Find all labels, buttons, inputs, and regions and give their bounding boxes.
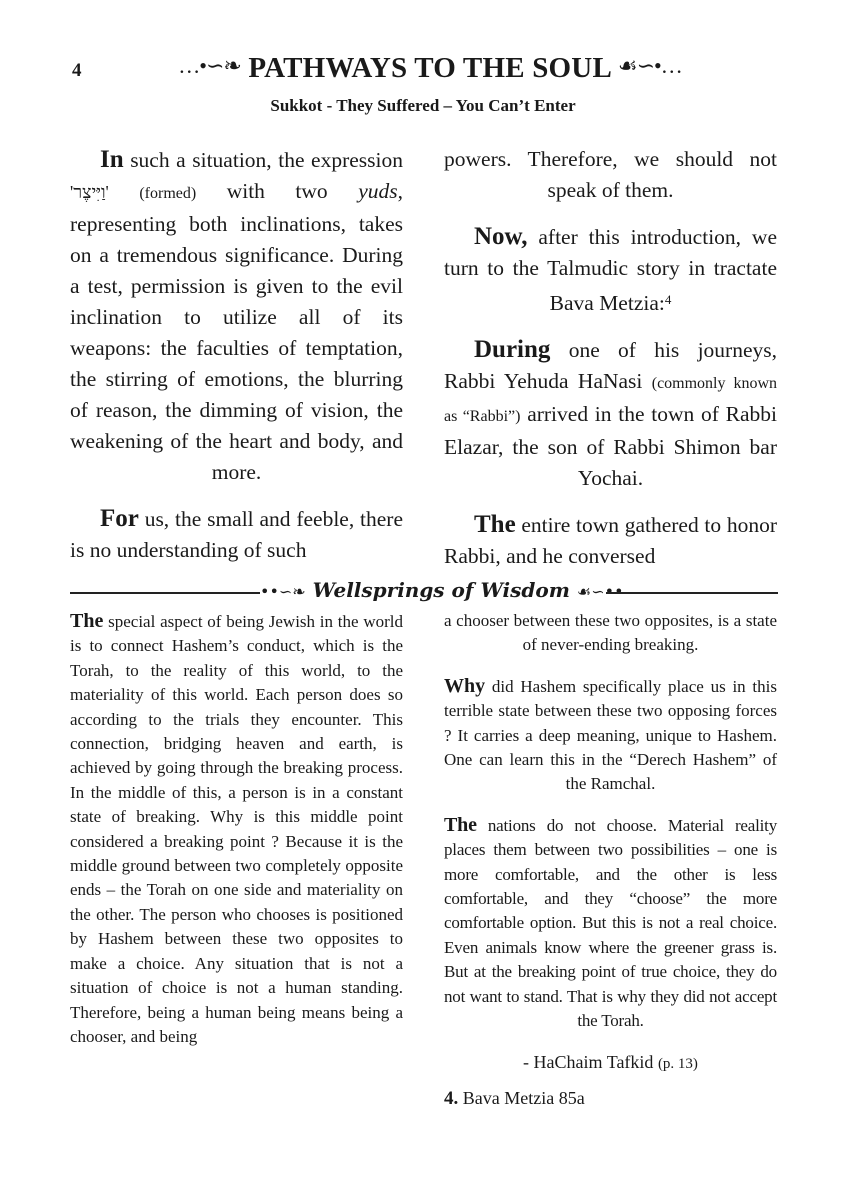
paragraph: The entire town gathered to honor Rabbi,… bbox=[444, 509, 777, 572]
sidebar-title: ••∽❧ Wellsprings of Wisdom ☙∽•• bbox=[260, 578, 606, 602]
main-column-right: powers. Therefore, we should not speak o… bbox=[444, 144, 777, 587]
text: nations do not choose. Material reality … bbox=[444, 816, 777, 1030]
lead-word: Why bbox=[444, 675, 485, 697]
paragraph-continued: powers. Therefore, we should not speak o… bbox=[444, 144, 777, 206]
attribution-page: (p. 13) bbox=[658, 1056, 698, 1072]
hebrew-word: 'וַיִּיצֶר' bbox=[70, 182, 109, 202]
section-divider: ••∽❧ Wellsprings of Wisdom ☙∽•• bbox=[70, 580, 778, 606]
attribution-source: - HaChaim Tafkid bbox=[523, 1052, 653, 1072]
paragraph: For us, the small and feeble, there is n… bbox=[70, 503, 403, 566]
footnote-ref[interactable]: 4 bbox=[665, 292, 672, 307]
lead-word: The bbox=[70, 610, 103, 632]
text: did Hashem specifically place us in this… bbox=[444, 677, 777, 794]
lead-word: The bbox=[474, 511, 516, 538]
attribution: - HaChaim Tafkid (p. 13) bbox=[444, 1050, 777, 1076]
chapter-subtitle: Sukkot - They Suffered – You Can’t Enter bbox=[0, 96, 846, 116]
translation: (formed) bbox=[139, 185, 196, 202]
text: with two bbox=[196, 179, 358, 203]
sidebar-paragraph: The special aspect of being Jewish in th… bbox=[70, 609, 403, 1049]
text bbox=[109, 179, 140, 203]
lead-word: In bbox=[100, 146, 124, 173]
divider-line-left bbox=[70, 592, 260, 594]
paragraph: Now, after this introduction, we turn to… bbox=[444, 221, 777, 319]
lead-word: During bbox=[474, 336, 550, 363]
paragraph: During one of his journeys, Rabbi Yehuda… bbox=[444, 334, 777, 494]
lead-word: For bbox=[100, 505, 139, 532]
text: special aspect of being Jewish in the wo… bbox=[70, 612, 403, 1046]
lead-word: Now, bbox=[474, 223, 527, 250]
sidebar-column-right: a chooser between these two opposites, i… bbox=[444, 609, 777, 1111]
divider-line-right bbox=[606, 592, 778, 594]
sidebar-paragraph: Why did Hashem specifically place us in … bbox=[444, 674, 777, 797]
sidebar-paragraph-continued: a chooser between these two opposites, i… bbox=[444, 609, 777, 658]
footnote-text: Bava Metzia 85a bbox=[463, 1088, 585, 1108]
text: such a situation, the expression bbox=[124, 148, 403, 172]
sidebar-column-left: The special aspect of being Jewish in th… bbox=[70, 609, 403, 1065]
italic-term: yuds bbox=[358, 179, 397, 203]
lead-word: The bbox=[444, 814, 477, 836]
sidebar-title-text: Wellsprings of Wisdom bbox=[313, 578, 570, 602]
main-column-left: In such a situation, the expression 'וַי… bbox=[70, 144, 403, 581]
text: , representing both inclinations, takes … bbox=[70, 179, 403, 484]
footnote: 4. Bava Metzia 85a bbox=[444, 1086, 777, 1111]
paragraph: In such a situation, the expression 'וַי… bbox=[70, 144, 403, 488]
ornament-right-icon: ☙∽•… bbox=[618, 53, 682, 78]
book-title: PATHWAYS TO THE SOUL bbox=[248, 52, 610, 84]
ornament-left-icon: ••∽❧ bbox=[260, 582, 306, 601]
ornament-left-icon: …•∽❧ bbox=[178, 53, 241, 78]
page-number: 4 bbox=[72, 60, 82, 82]
footnote-number: 4. bbox=[444, 1088, 458, 1109]
sidebar-paragraph: The nations do not choose. Material real… bbox=[444, 813, 777, 1034]
running-head: …•∽❧ PATHWAYS TO THE SOUL ☙∽•… bbox=[130, 52, 730, 85]
